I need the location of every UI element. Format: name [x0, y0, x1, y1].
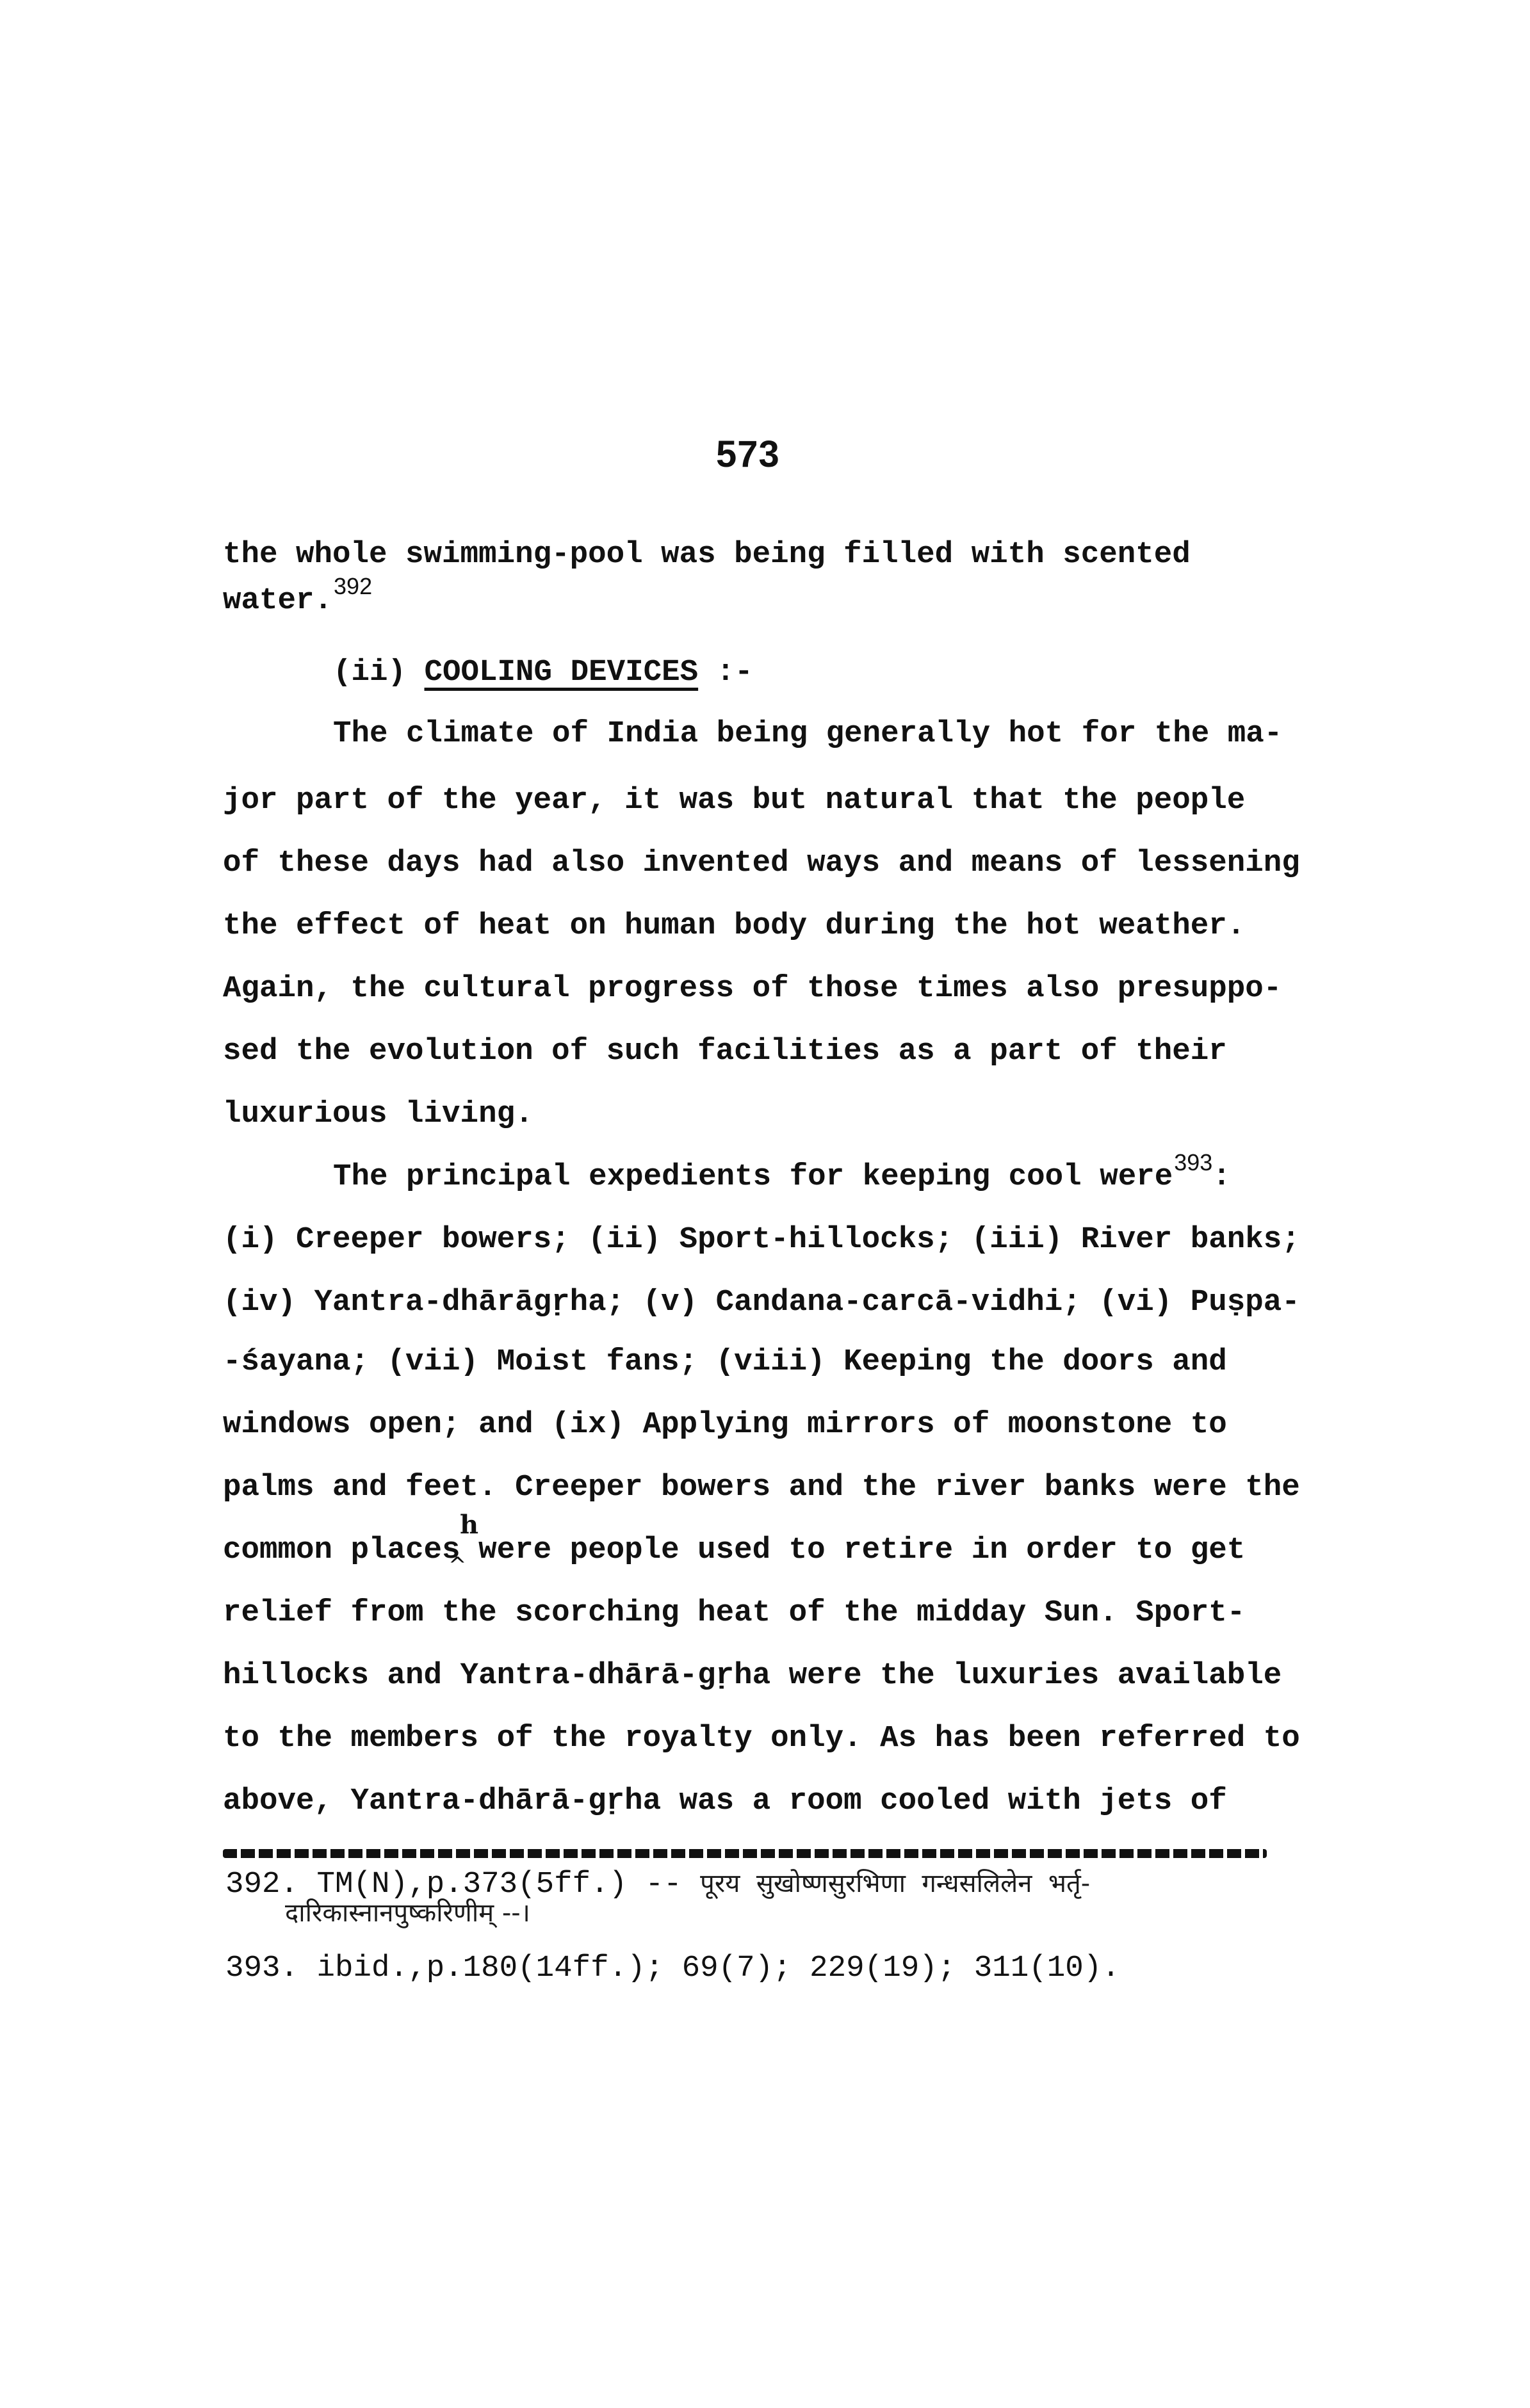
line-text: water.: [223, 583, 332, 618]
caret-mark-icon: ^: [448, 1553, 467, 1578]
line-text: hillocks and Yantra-dhārā-gṛha were the …: [223, 1658, 1282, 1693]
body-line: (i) Creeper bowers; (ii) Sport-hillocks;…: [223, 1220, 1300, 1259]
line-text: The climate of India being generally hot…: [333, 716, 1282, 751]
body-line: jor part of the year, it was but natural…: [223, 781, 1245, 820]
page-number: 573: [716, 433, 780, 476]
heading-prefix: (ii): [333, 655, 425, 690]
body-line: the effect of heat on human body during …: [223, 907, 1245, 945]
line-text: (iv) Yantra-dhārāgṛha; (v) Candana-carcā…: [223, 1285, 1300, 1320]
body-line: to the members of the royalty only. As h…: [223, 1719, 1300, 1758]
body-line: windows open; and (ix) Applying mirrors …: [223, 1405, 1227, 1444]
line-text: to the members of the royalty only. As h…: [223, 1721, 1300, 1756]
line-text: windows open; and (ix) Applying mirrors …: [223, 1407, 1227, 1442]
footnote-ref-393[interactable]: 393: [1174, 1149, 1212, 1176]
line-text: jor part of the year, it was but natural…: [223, 783, 1245, 818]
line-text: of these days had also invented ways and…: [223, 846, 1300, 880]
body-line: common places were people used to retire…: [223, 1531, 1245, 1569]
line-text: luxurious living.: [223, 1097, 533, 1131]
footnote-devanagari-continuation: दारिकास्नानपुष्करिणीम् --।: [285, 1894, 530, 1929]
footnote-separator: [223, 1849, 1267, 1858]
body-line: relief from the scorching heat of the mi…: [223, 1594, 1245, 1632]
body-line: Again, the cultural progress of those ti…: [223, 969, 1282, 1008]
line-text: palms and feet. Creeper bowers and the r…: [223, 1470, 1300, 1505]
footnote-ref-392[interactable]: 392: [334, 573, 372, 599]
body-line: The principal expedients for keeping coo…: [333, 1158, 1231, 1196]
heading-title: COOLING DEVICES: [425, 655, 699, 690]
footnote-number: 393.: [225, 1951, 298, 1985]
line-text: :: [1212, 1160, 1231, 1194]
line-text: The principal expedients for keeping coo…: [333, 1160, 1173, 1194]
line-text: sed the evolution of such facilities as …: [223, 1034, 1227, 1069]
footnote-citation: ibid.,p.180(14ff.); 69(7); 229(19); 311(…: [317, 1951, 1120, 1985]
line-text: -śayana; (vii) Moist fans; (viii) Keepin…: [223, 1345, 1227, 1379]
heading-suffix: :-: [698, 655, 753, 690]
document-page: 573 the whole swimming-pool was being fi…: [0, 0, 1530, 2408]
body-line: The climate of India being generally hot…: [333, 715, 1282, 753]
body-line: luxurious living.: [223, 1095, 533, 1133]
line-text: the effect of heat on human body during …: [223, 909, 1245, 943]
line-text: Again, the cultural progress of those ti…: [223, 971, 1282, 1006]
footnote-devanagari-quote: पूरय सुखोष्णसुरभिणा गन्धसलिलेन भर्तृ-: [700, 1869, 1090, 1898]
body-line: palms and feet. Creeper bowers and the r…: [223, 1468, 1300, 1507]
section-heading: (ii) COOLING DEVICES :-: [333, 653, 753, 691]
body-line: sed the evolution of such facilities as …: [223, 1032, 1227, 1071]
body-line: -śayana; (vii) Moist fans; (viii) Keepin…: [223, 1343, 1227, 1381]
body-line: of these days had also invented ways and…: [223, 844, 1300, 882]
body-line: water.392: [223, 581, 372, 620]
line-text: relief from the scorching heat of the mi…: [223, 1596, 1245, 1630]
body-line: (iv) Yantra-dhārāgṛha; (v) Candana-carcā…: [223, 1283, 1300, 1321]
body-line: above, Yantra-dhārā-gṛha was a room cool…: [223, 1782, 1227, 1820]
line-text: the whole swimming-pool was being filled…: [223, 537, 1191, 572]
line-text: above, Yantra-dhārā-gṛha was a room cool…: [223, 1784, 1227, 1818]
line-text: (i) Creeper bowers; (ii) Sport-hillocks;…: [223, 1222, 1300, 1257]
footnote-393: 393. ibid.,p.180(14ff.); 69(7); 229(19);…: [225, 1949, 1120, 1987]
body-line: hillocks and Yantra-dhārā-gṛha were the …: [223, 1656, 1282, 1695]
handwritten-correction: h: [460, 1510, 478, 1540]
line-text: common places were people used to retire…: [223, 1533, 1245, 1567]
body-line: the whole swimming-pool was being filled…: [223, 535, 1191, 574]
